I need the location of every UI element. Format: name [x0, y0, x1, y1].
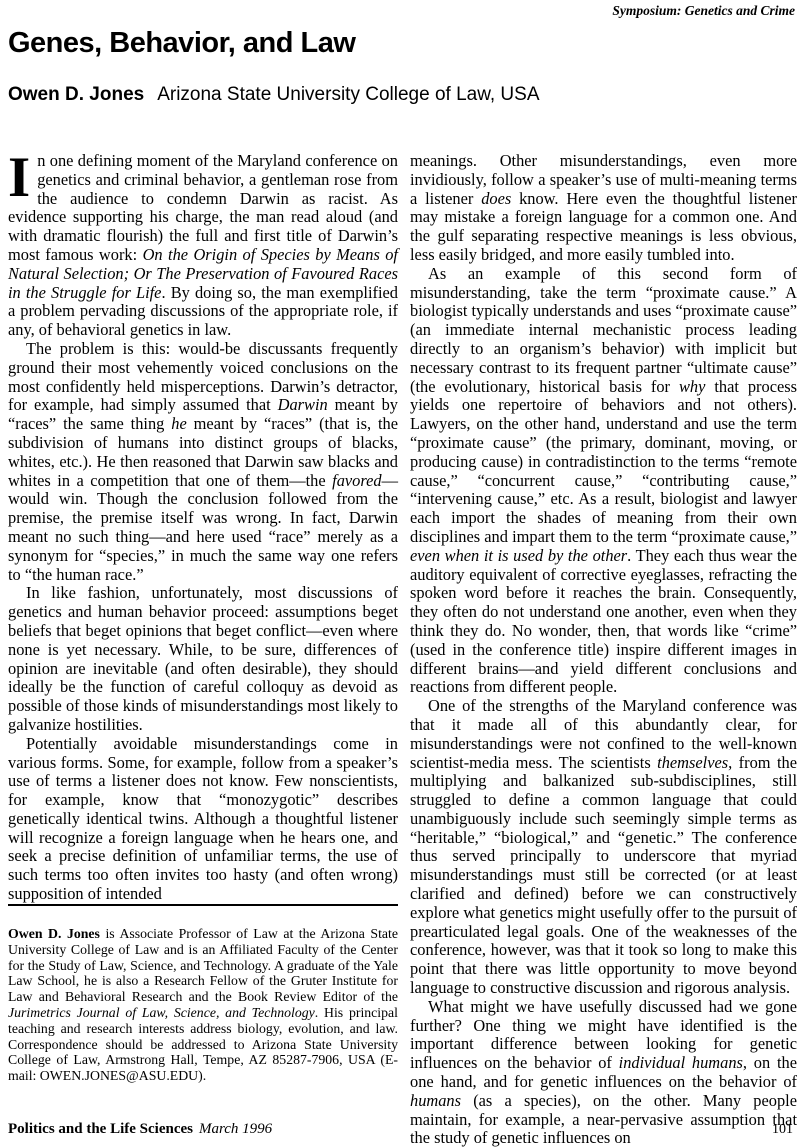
right-column: meanings. Other misunderstandings, even … — [410, 152, 797, 1147]
byline: Owen D. JonesArizona State University Co… — [8, 84, 540, 106]
journal-page: Symposium: Genetics and Crime Genes, Beh… — [0, 0, 800, 1147]
paragraph-text: n one defining moment of the Maryland co… — [8, 151, 398, 339]
paragraph: One of the strengths of the Maryland con… — [410, 697, 797, 998]
author-name: Owen D. Jones — [8, 84, 144, 105]
drop-cap: I — [8, 154, 30, 201]
paragraph: Potentially avoidable misunderstandings … — [8, 735, 398, 904]
paragraph: In one defining moment of the Maryland c… — [8, 152, 398, 340]
paragraph: As an example of this second form of mis… — [410, 265, 797, 697]
journal-title: Politics and the Life Sciences — [8, 1121, 193, 1137]
author-affiliation: Arizona State University College of Law,… — [157, 84, 539, 105]
paragraph: meanings. Other misunderstandings, even … — [410, 152, 797, 265]
issue-date: March 1996 — [199, 1121, 272, 1137]
page-footer: Politics and the Life SciencesMarch 1996… — [8, 1121, 793, 1138]
paragraph: In like fashion, unfortunately, most dis… — [8, 584, 398, 734]
page-number: 101 — [772, 1122, 793, 1138]
journal-line: Politics and the Life SciencesMarch 1996 — [8, 1121, 272, 1138]
running-head: Symposium: Genetics and Crime — [612, 3, 795, 19]
article-title: Genes, Behavior, and Law — [8, 27, 355, 60]
author-note: Owen D. Jones is Associate Professor of … — [8, 904, 398, 1084]
left-column: In one defining moment of the Maryland c… — [8, 152, 398, 1084]
paragraph: The problem is this: would-be discussant… — [8, 340, 398, 584]
